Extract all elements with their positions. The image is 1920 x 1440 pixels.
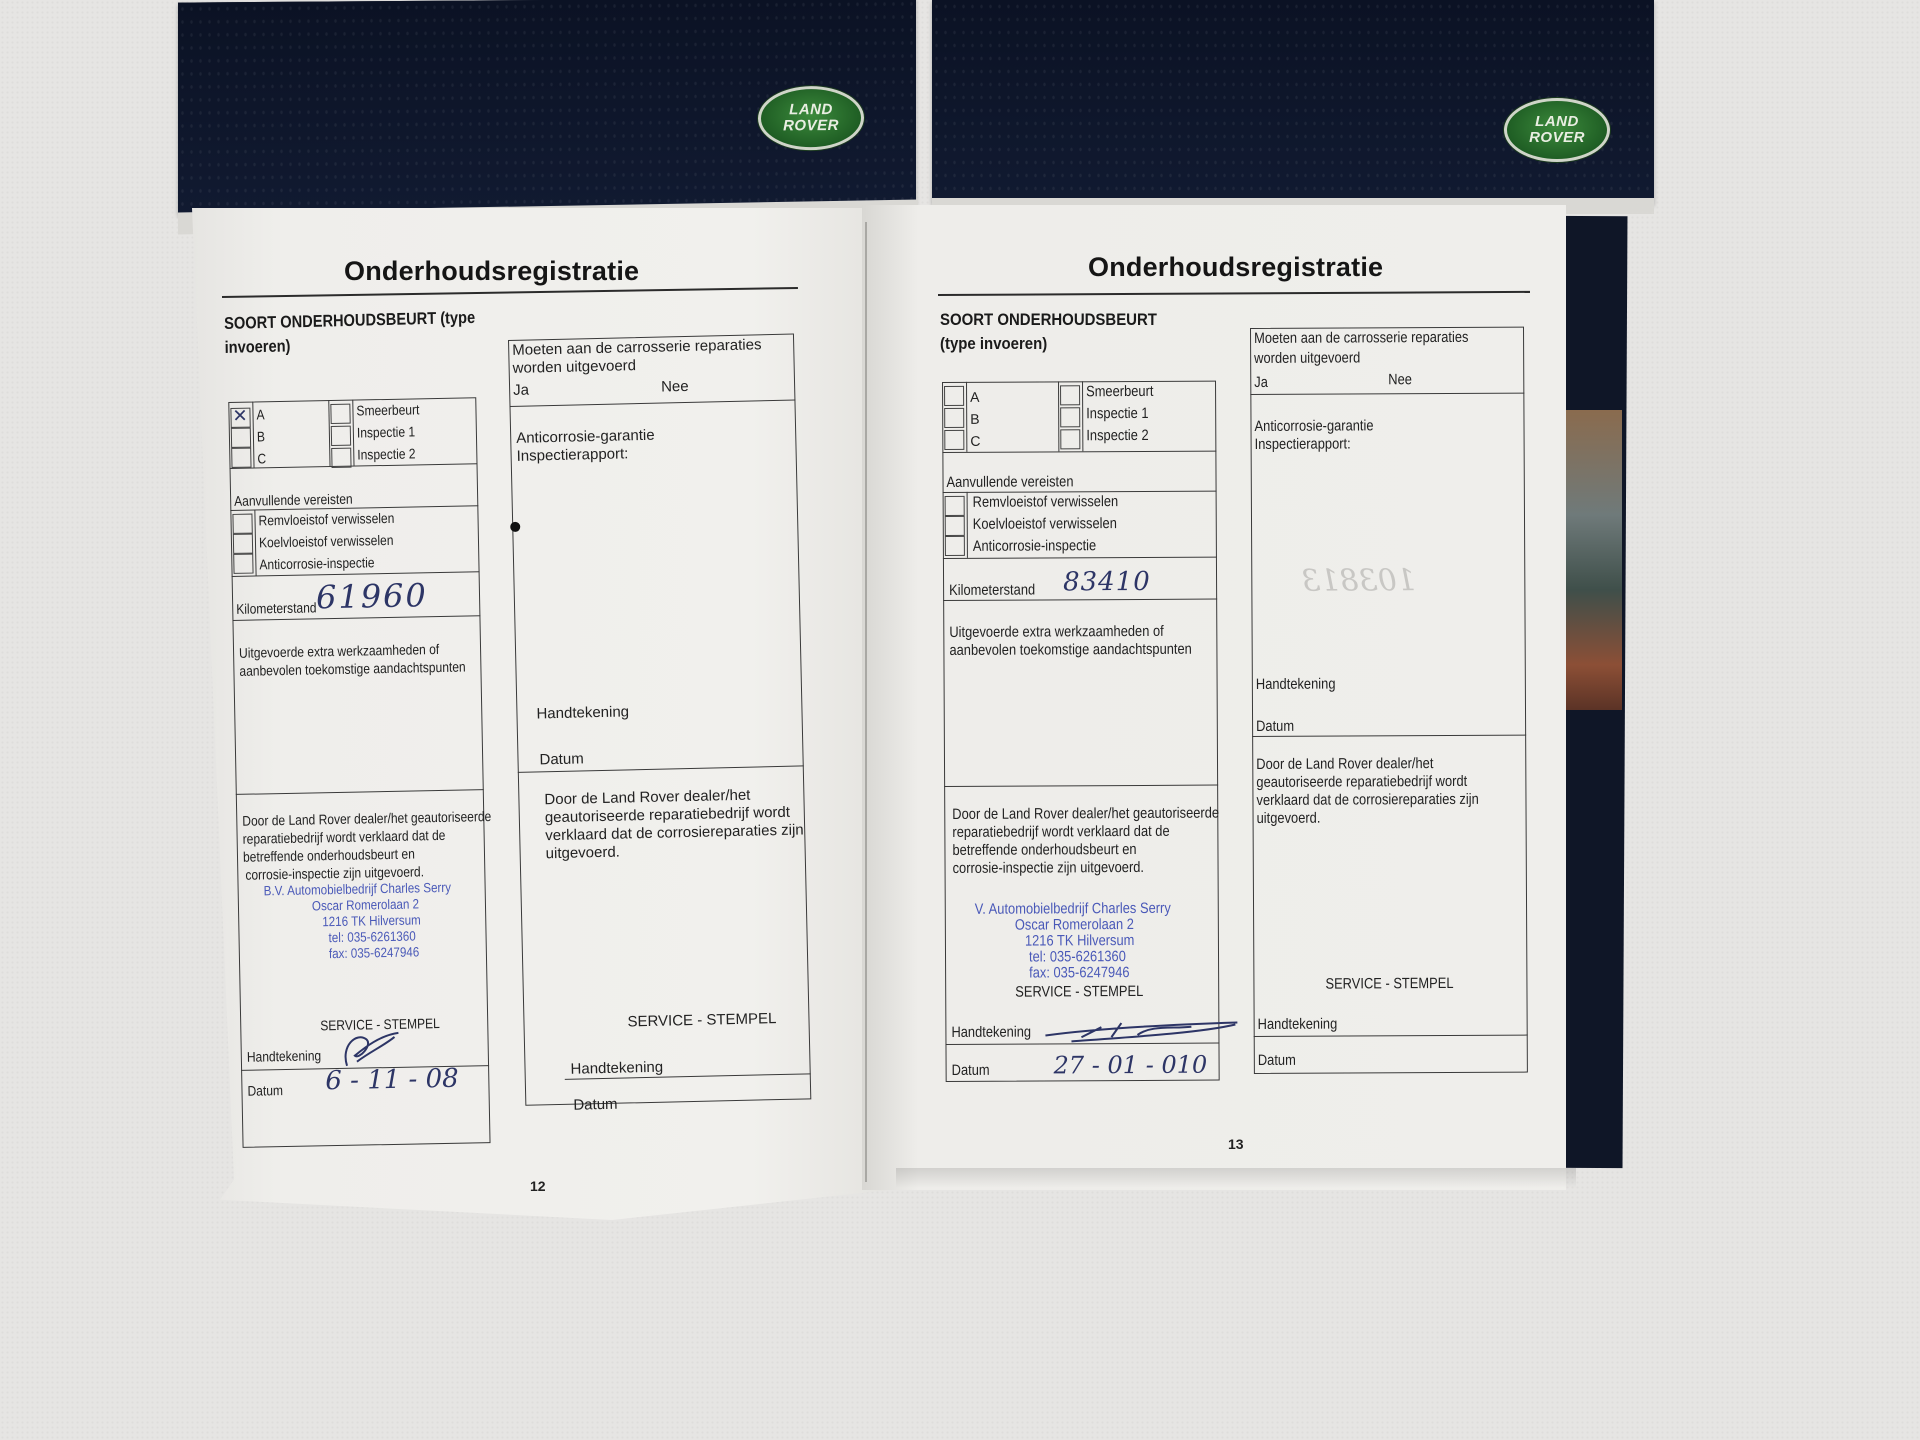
page-title: Onderhoudsregistratie (344, 256, 639, 287)
land-rover-logo-icon: LAND ROVER (1504, 98, 1610, 162)
additional-requirements-label: Aanvullende vereisten (234, 490, 353, 510)
declaration-line: geautoriseerde reparatiebedrijf wordt (1256, 773, 1467, 792)
corrosion-form-right: Moeten aan de carrosserie reparaties wor… (1250, 327, 1530, 1078)
type-c-checkbox[interactable] (944, 430, 964, 450)
yes-option[interactable]: Ja (1254, 374, 1268, 392)
declaration-line: uitgevoerd. (1257, 810, 1321, 828)
signature-label: Handtekening (247, 1046, 322, 1065)
signature-label: Handtekening (1258, 1016, 1338, 1034)
maintenance-form-right: A B C Smeerbeurt Inspectie 1 Inspectie 2… (942, 379, 1226, 1090)
inspectie-1-checkbox[interactable] (1060, 407, 1080, 427)
mileage-label: Kilometerstand (949, 582, 1035, 600)
bodywork-question: Moeten aan de carrosserie reparaties (1254, 329, 1469, 348)
date-label: Datum (573, 1096, 618, 1115)
declaration-line: Door de Land Rover dealer/het geautorise… (952, 805, 1219, 824)
inspectie-2-label: Inspectie 2 (357, 444, 416, 463)
section-title: SOORT ONDERHOUDSBEURT (type invoeren) (224, 306, 476, 360)
anticorrosion-label: Anticorrosie-inspectie (973, 537, 1096, 556)
badge-line1: LAND (1535, 114, 1579, 130)
land-rover-logo-icon: LAND ROVER (758, 86, 864, 151)
service-stamp-label: SERVICE - STEMPEL (627, 1010, 776, 1031)
badge-line2: ROVER (783, 118, 839, 134)
bodywork-question-2: worden uitgevoerd (512, 357, 636, 378)
type-a-label: A (970, 388, 979, 406)
mileage-value[interactable]: 83410 (1063, 567, 1151, 597)
smeerbeurt-checkbox[interactable] (1060, 385, 1080, 405)
inspectie-2-label: Inspectie 2 (1086, 427, 1148, 445)
underlying-booklet-photo (1558, 410, 1622, 710)
type-a-label: A (256, 405, 264, 423)
page-number: 13 (1228, 1136, 1244, 1152)
extra-work-label: Uitgevoerde extra werkzaamheden of (949, 623, 1164, 642)
date-label: Datum (952, 1062, 990, 1080)
corrosion-form-left: Moeten aan de carrosserie reparaties wor… (508, 333, 825, 1100)
coolant-checkbox[interactable] (233, 534, 253, 554)
inspectie-1-checkbox[interactable] (331, 426, 351, 446)
date-value[interactable]: 27 - 01 - 010 (1054, 1051, 1208, 1080)
anticorrosion-label: Anticorrosie-inspectie (259, 553, 374, 573)
brake-fluid-checkbox[interactable] (945, 496, 965, 516)
bodywork-question-2: worden uitgevoerd (1254, 349, 1360, 368)
coolant-label: Koelvloeistof verwisselen (259, 531, 394, 552)
brake-fluid-label: Remvloeistof verwisselen (258, 509, 394, 530)
type-c-label: C (257, 449, 266, 467)
inspection-report-label: Inspectierapport: (1255, 435, 1351, 454)
type-b-checkbox[interactable] (944, 408, 964, 428)
page-title: Onderhoudsregistratie (1088, 252, 1383, 283)
inspectie-2-checkbox[interactable] (331, 448, 351, 468)
coolant-label: Koelvloeistof verwisselen (973, 515, 1117, 534)
date-value[interactable]: 6 - 11 - 08 (325, 1064, 459, 1097)
inspectie-2-checkbox[interactable] (1060, 429, 1080, 449)
inspection-report-label: Inspectierapport: (516, 445, 628, 466)
mileage-value[interactable]: 61960 (316, 576, 429, 616)
type-a-checkbox[interactable] (944, 386, 964, 406)
no-option[interactable]: Nee (1388, 371, 1412, 389)
page-number: 12 (530, 1178, 546, 1194)
brake-fluid-checkbox[interactable] (232, 514, 252, 534)
additional-requirements-label: Aanvullende vereisten (946, 473, 1073, 492)
badge-line2: ROVER (1529, 130, 1585, 146)
mileage-label: Kilometerstand (236, 598, 317, 618)
anticorrosion-checkbox[interactable] (233, 554, 253, 574)
type-c-checkbox[interactable] (231, 448, 251, 468)
coolant-checkbox[interactable] (945, 516, 965, 536)
yes-option[interactable]: Ja (513, 382, 529, 400)
show-through-mileage: 103813 (1301, 563, 1416, 599)
date-label: Datum (539, 750, 584, 769)
declaration-line: reparatiebedrijf wordt verklaard dat de (952, 823, 1169, 842)
declaration-line: verklaard dat de corrosiereparaties zijn (1256, 791, 1478, 810)
declaration-line: Door de Land Rover dealer/het (1256, 755, 1433, 774)
signature-label: Handtekening (536, 703, 629, 723)
extra-work-label-2: aanbevolen toekomstige aandachtspunten (949, 641, 1192, 660)
dealer-stamp: V. Automobielbedrijf Charles Serry Oscar… (975, 901, 1195, 902)
no-option[interactable]: Nee (661, 378, 689, 397)
smeerbeurt-checkbox[interactable] (330, 404, 350, 424)
badge-line1: LAND (789, 102, 833, 118)
type-c-label: C (970, 432, 980, 450)
type-b-checkbox[interactable] (231, 428, 251, 448)
signature-label: Handtekening (951, 1024, 1031, 1042)
date-label: Datum (1258, 1052, 1296, 1070)
booklet-cover-right: LAND ROVER (932, 0, 1654, 204)
inspectie-1-label: Inspectie 1 (357, 422, 416, 441)
service-stamp-label: SERVICE - STEMPEL (1325, 975, 1453, 994)
inspectie-1-label: Inspectie 1 (1086, 405, 1148, 423)
smeerbeurt-label: Smeerbeurt (1086, 383, 1153, 401)
anticorrosion-warranty-label: Anticorrosie-garantie (1254, 417, 1373, 436)
maintenance-form-left: ✕ A B C Smeerbeurt Inspectie 1 Inspectie… (228, 382, 542, 1118)
declaration-line: corrosie-inspectie zijn uitgevoerd. (953, 859, 1145, 878)
date-label: Datum (247, 1081, 283, 1100)
section-title: SOORT ONDERHOUDSBEURT (type invoeren) (940, 308, 1157, 356)
type-a-checkbox[interactable]: ✕ (230, 408, 250, 428)
page-shadow (896, 1168, 1576, 1188)
anticorrosion-warranty-label: Anticorrosie-garantie (516, 427, 655, 448)
declaration-line: betreffende onderhoudsbeurt en (952, 841, 1136, 860)
handwritten-signature (1041, 1014, 1241, 1045)
signature-label: Handtekening (1256, 676, 1336, 694)
smeerbeurt-label: Smeerbeurt (356, 400, 419, 419)
booklet-spine (865, 222, 867, 1182)
signature-label: Handtekening (570, 1059, 663, 1079)
brake-fluid-label: Remvloeistof verwisselen (973, 493, 1119, 512)
anticorrosion-checkbox[interactable] (945, 536, 965, 556)
type-b-label: B (257, 427, 265, 445)
declaration-line: uitgevoerd. (545, 844, 620, 864)
type-b-label: B (970, 410, 979, 428)
booklet-cover-left: LAND ROVER (178, 0, 916, 215)
service-stamp-label: SERVICE - STEMPEL (1015, 983, 1143, 1002)
date-label: Datum (1256, 718, 1294, 736)
